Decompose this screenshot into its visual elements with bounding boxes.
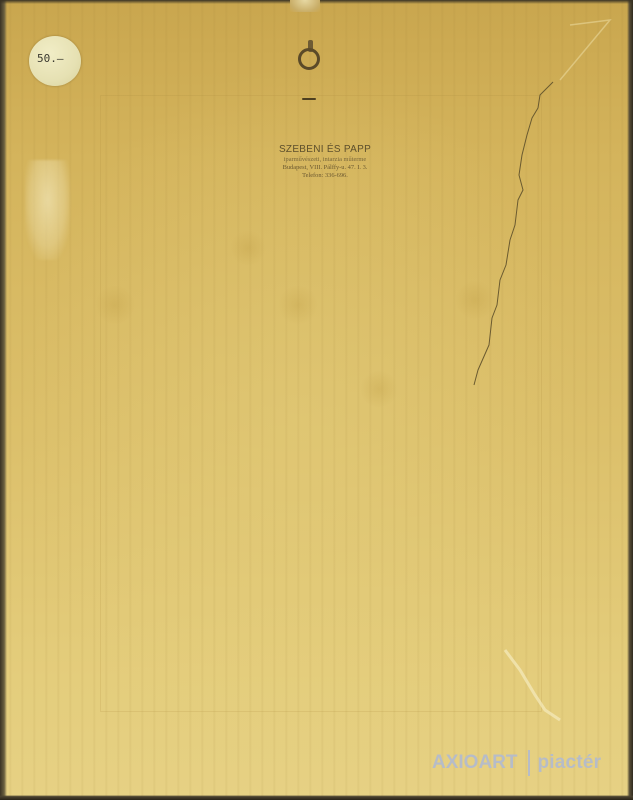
watermark-separator: [528, 750, 530, 776]
axioart-watermark: AXIOART piactér: [432, 750, 601, 776]
stamp-line: Budapest, VIII. Pálffy-u. 47. I. 3.: [250, 164, 400, 172]
inner-backing-outline: [100, 95, 542, 712]
frame-edge-left: [0, 0, 7, 800]
workshop-stamp: SZEBENI ÉS PAPP iparművészeti, intarzia …: [250, 144, 400, 180]
nail-mark-icon: [302, 98, 316, 100]
stain: [455, 280, 495, 320]
frame-edge-right: [627, 0, 633, 800]
hanging-ring-icon: [298, 48, 320, 70]
stain: [360, 370, 398, 408]
torn-paper-spot: [290, 0, 320, 12]
price-sticker-text: 50.–: [37, 52, 64, 65]
stamp-line: iparművészeti, intarzia műterme: [250, 156, 400, 164]
stamp-title: SZEBENI ÉS PAPP: [250, 144, 400, 156]
price-sticker: 50.–: [29, 36, 81, 86]
watermark-brand: AXIOART: [432, 752, 518, 774]
frame-edge-bottom: [0, 795, 633, 800]
stain: [230, 230, 266, 266]
stain: [95, 285, 135, 325]
faded-label-remnant: [25, 160, 70, 260]
stain: [278, 285, 318, 325]
stamp-line: Telefon: 336-696.: [250, 172, 400, 180]
watermark-suffix: piactér: [538, 752, 602, 774]
